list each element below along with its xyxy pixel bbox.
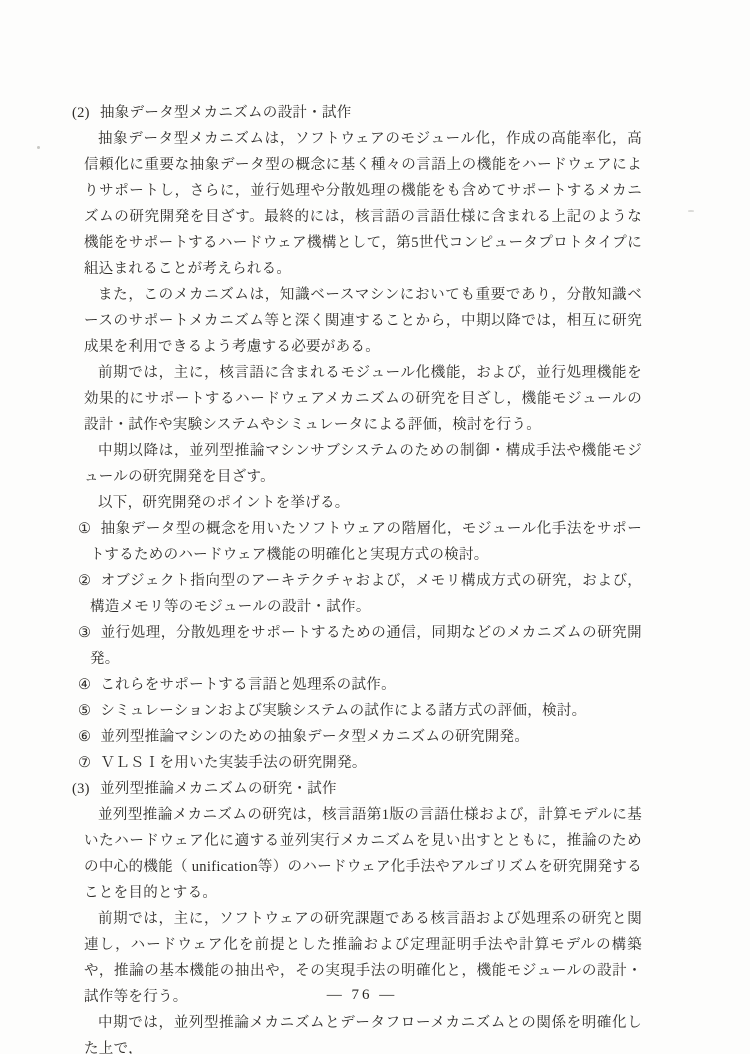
circled-number-marker: ① [78,516,91,542]
circled-number-marker: ⑦ [78,750,91,776]
list-item-text: シミュレーションおよび実験システムの試作による諸方式の評価，検討。 [100,703,586,719]
list-item-text: オブジェクト指向型のアーキテクチャおよび，メモリ構成方式の研究，および，構造メモ… [90,573,642,615]
section-title: 並列型推論メカニズムの研究・試作 [100,781,337,797]
section-heading: (3)並列型推論メカニズムの研究・試作 [72,776,642,802]
circled-number-marker: ⑥ [78,724,91,750]
list-item: ②オブジェクト指向型のアーキテクチャおよび，メモリ構成方式の研究，および，構造メ… [78,568,642,620]
scan-speck [108,1046,110,1050]
document-body: (2)抽象データ型メカニズムの設計・試作 抽象データ型メカニズムは，ソフトウェア… [72,100,642,1054]
circled-number-marker: ④ [78,672,91,698]
paragraph: 前期では，主に，核言語に含まれるモジュール化機能，および，並行処理機能を効果的に… [84,360,642,438]
list-item-text: ＶＬＳＩを用いた実装手法の研究開発。 [100,755,366,771]
circled-number-marker: ② [78,568,91,594]
paragraph: また，このメカニズムは，知識ベースマシンにおいても重要であり，分散知識ベースのサ… [84,282,642,360]
list-item: ①抽象データ型の概念を用いたソフトウェアの階層化，モジュール化手法をサポートする… [78,516,642,568]
section-number: (3) [72,776,98,802]
list-item: ③並行処理，分散処理をサポートするための通信，同期などのメカニズムの研究開発。 [78,620,642,672]
section-heading: (2)抽象データ型メカニズムの設計・試作 [72,100,642,126]
section-title: 抽象データ型メカニズムの設計・試作 [100,105,352,121]
page-number: — 76 — [327,987,398,1004]
list-item: ⑥並列型推論マシンのための抽象データ型メカニズムの研究開発。 [78,724,642,750]
scan-speck [688,210,694,212]
circled-number-marker: ⑤ [78,698,91,724]
list-item: ⑤シミュレーションおよび実験システムの試作による諸方式の評価，検討。 [78,698,642,724]
numbered-list: ①抽象データ型の概念を用いたソフトウェアの階層化，モジュール化手法をサポートする… [78,516,642,776]
page-footer: — 76 — [0,986,750,1004]
paragraph: 中期以降は，並列型推論マシンサブシステムのための制御・構成手法や機能モジュールの… [84,438,642,490]
list-item: ④これらをサポートする言語と処理系の試作。 [78,672,642,698]
paragraph: 以下，研究開発のポイントを挙げる。 [84,490,642,516]
paragraph: 抽象データ型メカニズムは，ソフトウェアのモジュール化，作成の高能率化，高信頼化に… [84,126,642,282]
scanned-document-page: (2)抽象データ型メカニズムの設計・試作 抽象データ型メカニズムは，ソフトウェア… [0,0,750,1054]
list-item-text: 並列型推論マシンのための抽象データ型メカニズムの研究開発。 [100,729,529,745]
list-item: ⑦ＶＬＳＩを用いた実装手法の研究開発。 [78,750,642,776]
scan-speck [37,146,40,149]
paragraph: 中期では，並列型推論メカニズムとデータフローメカニズムとの関係を明確化した上で， [84,1010,642,1054]
list-item-text: 抽象データ型の概念を用いたソフトウェアの階層化，モジュール化手法をサポートするた… [90,521,642,563]
paragraph: 並列型推論メカニズムの研究は，核言語第1版の言語仕様および，計算モデルに基いたハ… [84,802,642,906]
list-item-text: これらをサポートする言語と処理系の試作。 [100,677,396,693]
circled-number-marker: ③ [78,620,91,646]
list-item-text: 並行処理，分散処理をサポートするための通信，同期などのメカニズムの研究開発。 [90,625,642,667]
section-number: (2) [72,100,98,126]
